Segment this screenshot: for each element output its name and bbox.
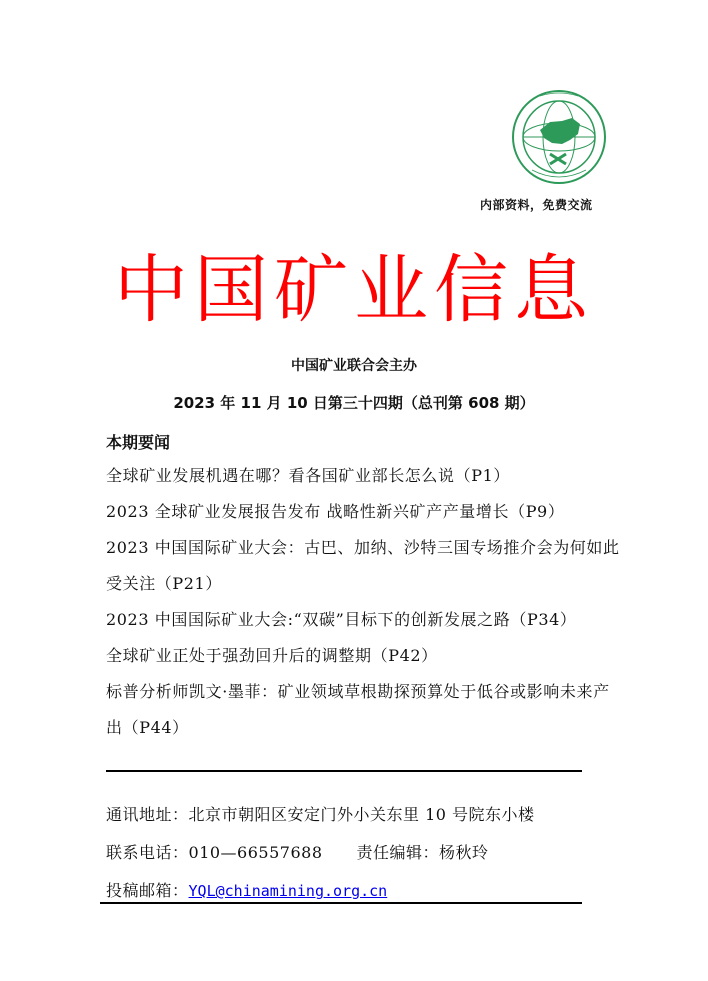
headline-item: 2023 中国国际矿业大会：古巴、加纳、沙特三国专场推介会为何如此受关注（P21…	[106, 530, 626, 602]
headline-item: 全球矿业正处于强劲回升后的调整期（P42）	[106, 638, 626, 674]
address-line: 通讯地址：北京市朝阳区安定门外小关东里 10 号院东小楼	[106, 796, 535, 834]
phone-label: 联系电话：	[106, 843, 189, 862]
phone-value: 010—66557688	[189, 843, 323, 862]
headline-item: 全球矿业发展机遇在哪？看各国矿业部长怎么说（P1）	[106, 458, 626, 494]
headline-item: 2023 全球矿业发展报告发布 战略性新兴矿产产量增长（P9）	[106, 494, 626, 530]
sponsor-line: 中国矿业联合会主办	[0, 355, 708, 375]
address-label: 通讯地址：	[106, 805, 189, 824]
phone-editor-line: 联系电话：010—66557688责任编辑：杨秋玲	[106, 834, 535, 872]
divider	[106, 770, 582, 772]
globe-logo-icon	[510, 88, 608, 186]
editor-label: 责任编辑：	[357, 843, 440, 862]
publication-title: 中国矿业信息	[0, 245, 708, 335]
section-heading: 本期要闻	[106, 430, 170, 453]
headline-list: 全球矿业发展机遇在哪？看各国矿业部长怎么说（P1） 2023 全球矿业发展报告发…	[106, 458, 626, 746]
editor-value: 杨秋玲	[439, 843, 489, 862]
address-value: 北京市朝阳区安定门外小关东里 10 号院东小楼	[189, 805, 535, 824]
email-line: 投稿邮箱：YQL@chinamining.org.cn	[106, 872, 535, 910]
divider-bottom	[100, 902, 582, 904]
headline-item: 2023 中国国际矿业大会:“双碳”目标下的创新发展之路（P34）	[106, 602, 626, 638]
email-link[interactable]: YQL@chinamining.org.cn	[189, 882, 388, 900]
internal-use-note: 内部资料，免费交流	[480, 196, 593, 213]
issue-date-line: 2023 年 11 月 10 日第三十四期（总刊第 608 期）	[0, 392, 708, 413]
contact-block: 通讯地址：北京市朝阳区安定门外小关东里 10 号院东小楼 联系电话：010—66…	[106, 796, 535, 910]
email-label: 投稿邮箱：	[106, 881, 189, 900]
headline-item: 标普分析师凯文·墨菲：矿业领域草根勘探预算处于低谷或影响未来产出（P44）	[106, 674, 626, 746]
china-mining-association-logo	[510, 88, 608, 186]
